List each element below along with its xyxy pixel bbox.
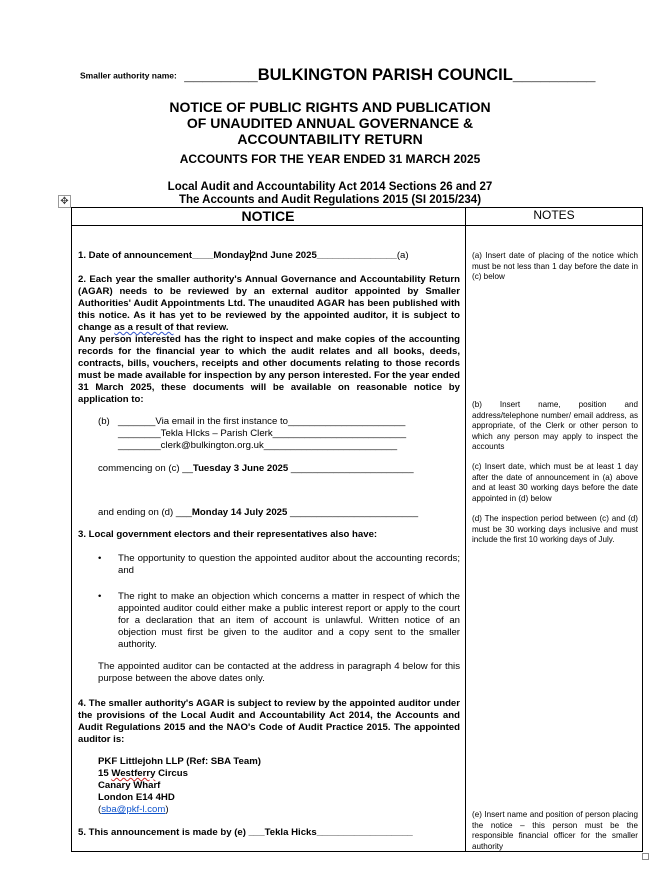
bullet-item-question: The opportunity to question the appointe… bbox=[118, 553, 460, 577]
commencing-label: commencing on (c) __ bbox=[98, 463, 193, 474]
auditor-email-line: (sba@pkf-l.com) bbox=[98, 804, 261, 816]
ending-date: Monday 14 July 2025 bbox=[192, 507, 287, 518]
table-resize-handle[interactable] bbox=[642, 853, 649, 860]
bullet-icon: • bbox=[98, 591, 101, 603]
paragraph-1[interactable]: 1. Date of announcement____Monday2nd Jun… bbox=[78, 250, 460, 262]
p1-ref: (a) bbox=[397, 250, 409, 261]
ending-label: and ending on (d) ___ bbox=[98, 507, 192, 518]
notice-column-header: NOTICE bbox=[71, 208, 465, 224]
commencing-date: Tuesday 3 June 2025 bbox=[193, 463, 288, 474]
paragraph-3-heading: 3. Local government electors and their r… bbox=[78, 529, 460, 541]
p2-inspection-text: Any person interested has the right to i… bbox=[78, 334, 460, 405]
contact-line: ________Tekla HIcks – Parish Clerk______… bbox=[118, 428, 448, 440]
accounts-year: ACCOUNTS FOR THE YEAR ENDED 31 MARCH 202… bbox=[70, 152, 590, 166]
title-line: ACCOUNTABILITY RETURN bbox=[70, 131, 590, 147]
title-line: NOTICE OF PUBLIC RIGHTS AND PUBLICATION bbox=[70, 99, 590, 115]
authority-name-line: Smaller authority name: ________BULKINGT… bbox=[80, 66, 595, 85]
contact-line: ________clerk@bulkington.org.uk_________… bbox=[118, 440, 448, 452]
p5-label: 5. This announcement is made by (e) ___ bbox=[78, 827, 265, 838]
paren-close: ) bbox=[165, 804, 168, 815]
legislation-line: The Accounts and Audit Regulations 2015 … bbox=[70, 194, 590, 207]
contact-line: _______Via email in the first instance t… bbox=[118, 416, 448, 428]
note-b: (b) Insert name, position and address/te… bbox=[472, 400, 638, 453]
contact-block[interactable]: _______Via email in the first instance t… bbox=[118, 416, 448, 452]
note-e: (e) Insert name and position of person p… bbox=[472, 810, 638, 852]
auditor-address: PKF Littlejohn LLP (Ref: SBA Team) 15 We… bbox=[98, 756, 261, 816]
note-a: (a) Insert date of placing of the notice… bbox=[472, 251, 638, 283]
street-rest: Circus bbox=[155, 768, 188, 779]
ending-line[interactable]: and ending on (d) ___Monday 14 July 2025… bbox=[98, 507, 418, 519]
document-title: NOTICE OF PUBLIC RIGHTS AND PUBLICATION … bbox=[70, 99, 590, 147]
bullet-item-objection: The right to make an objection which con… bbox=[118, 591, 460, 651]
auditor-email-link[interactable]: sba@pkf-l.com bbox=[101, 804, 165, 815]
legislation-line: Local Audit and Accountability Act 2014 … bbox=[70, 181, 590, 194]
p1-prefix: 1. Date of announcement____Monday bbox=[78, 250, 250, 261]
p1-date: 2nd June 2025_______________ bbox=[251, 250, 397, 261]
title-line: OF UNAUDITED ANNUAL GOVERNANCE & bbox=[70, 115, 590, 131]
commencing-blank: _______________________ bbox=[288, 463, 413, 474]
paragraph-2[interactable]: 2. Each year the smaller authority's Ann… bbox=[78, 274, 460, 406]
ending-blank: ________________________ bbox=[287, 507, 418, 518]
column-divider bbox=[465, 207, 466, 852]
p2-grammar-flag: as a result of bbox=[114, 322, 173, 333]
note-c: (c) Insert date, which must be at least … bbox=[472, 462, 638, 504]
auditor-street: 15 Westferry Circus bbox=[98, 768, 261, 780]
p2-text-end: that review. bbox=[173, 322, 228, 333]
table-move-handle-icon[interactable]: ✥ bbox=[58, 195, 71, 208]
commencing-line[interactable]: commencing on (c) __Tuesday 3 June 2025 … bbox=[98, 463, 414, 475]
authority-name[interactable]: ________BULKINGTON PARISH COUNCIL_______… bbox=[184, 66, 595, 84]
notes-column-header: NOTES bbox=[466, 208, 642, 222]
street-number: 15 bbox=[98, 768, 111, 779]
paragraph-4: 4. The smaller authority's AGAR is subje… bbox=[78, 698, 460, 746]
legislation: Local Audit and Accountability Act 2014 … bbox=[70, 181, 590, 207]
authority-label: Smaller authority name: bbox=[80, 71, 177, 81]
paragraph-5[interactable]: 5. This announcement is made by (e) ___T… bbox=[78, 827, 413, 839]
spelling-flag: Westferry bbox=[111, 768, 155, 779]
auditor-name: PKF Littlejohn LLP (Ref: SBA Team) bbox=[98, 756, 261, 768]
note-d: (d) The inspection period between (c) an… bbox=[472, 514, 638, 546]
announcer-name: Tekla Hicks bbox=[265, 827, 317, 838]
auditor-city: London E14 4HD bbox=[98, 792, 261, 804]
p5-blank: __________________ bbox=[317, 827, 413, 838]
auditor-area: Canary Wharf bbox=[98, 780, 261, 792]
paragraph-3-tail: The appointed auditor can be contacted a… bbox=[98, 661, 460, 685]
header-divider bbox=[71, 225, 643, 226]
contact-ref: (b) bbox=[98, 416, 110, 428]
bullet-icon: • bbox=[98, 553, 101, 565]
